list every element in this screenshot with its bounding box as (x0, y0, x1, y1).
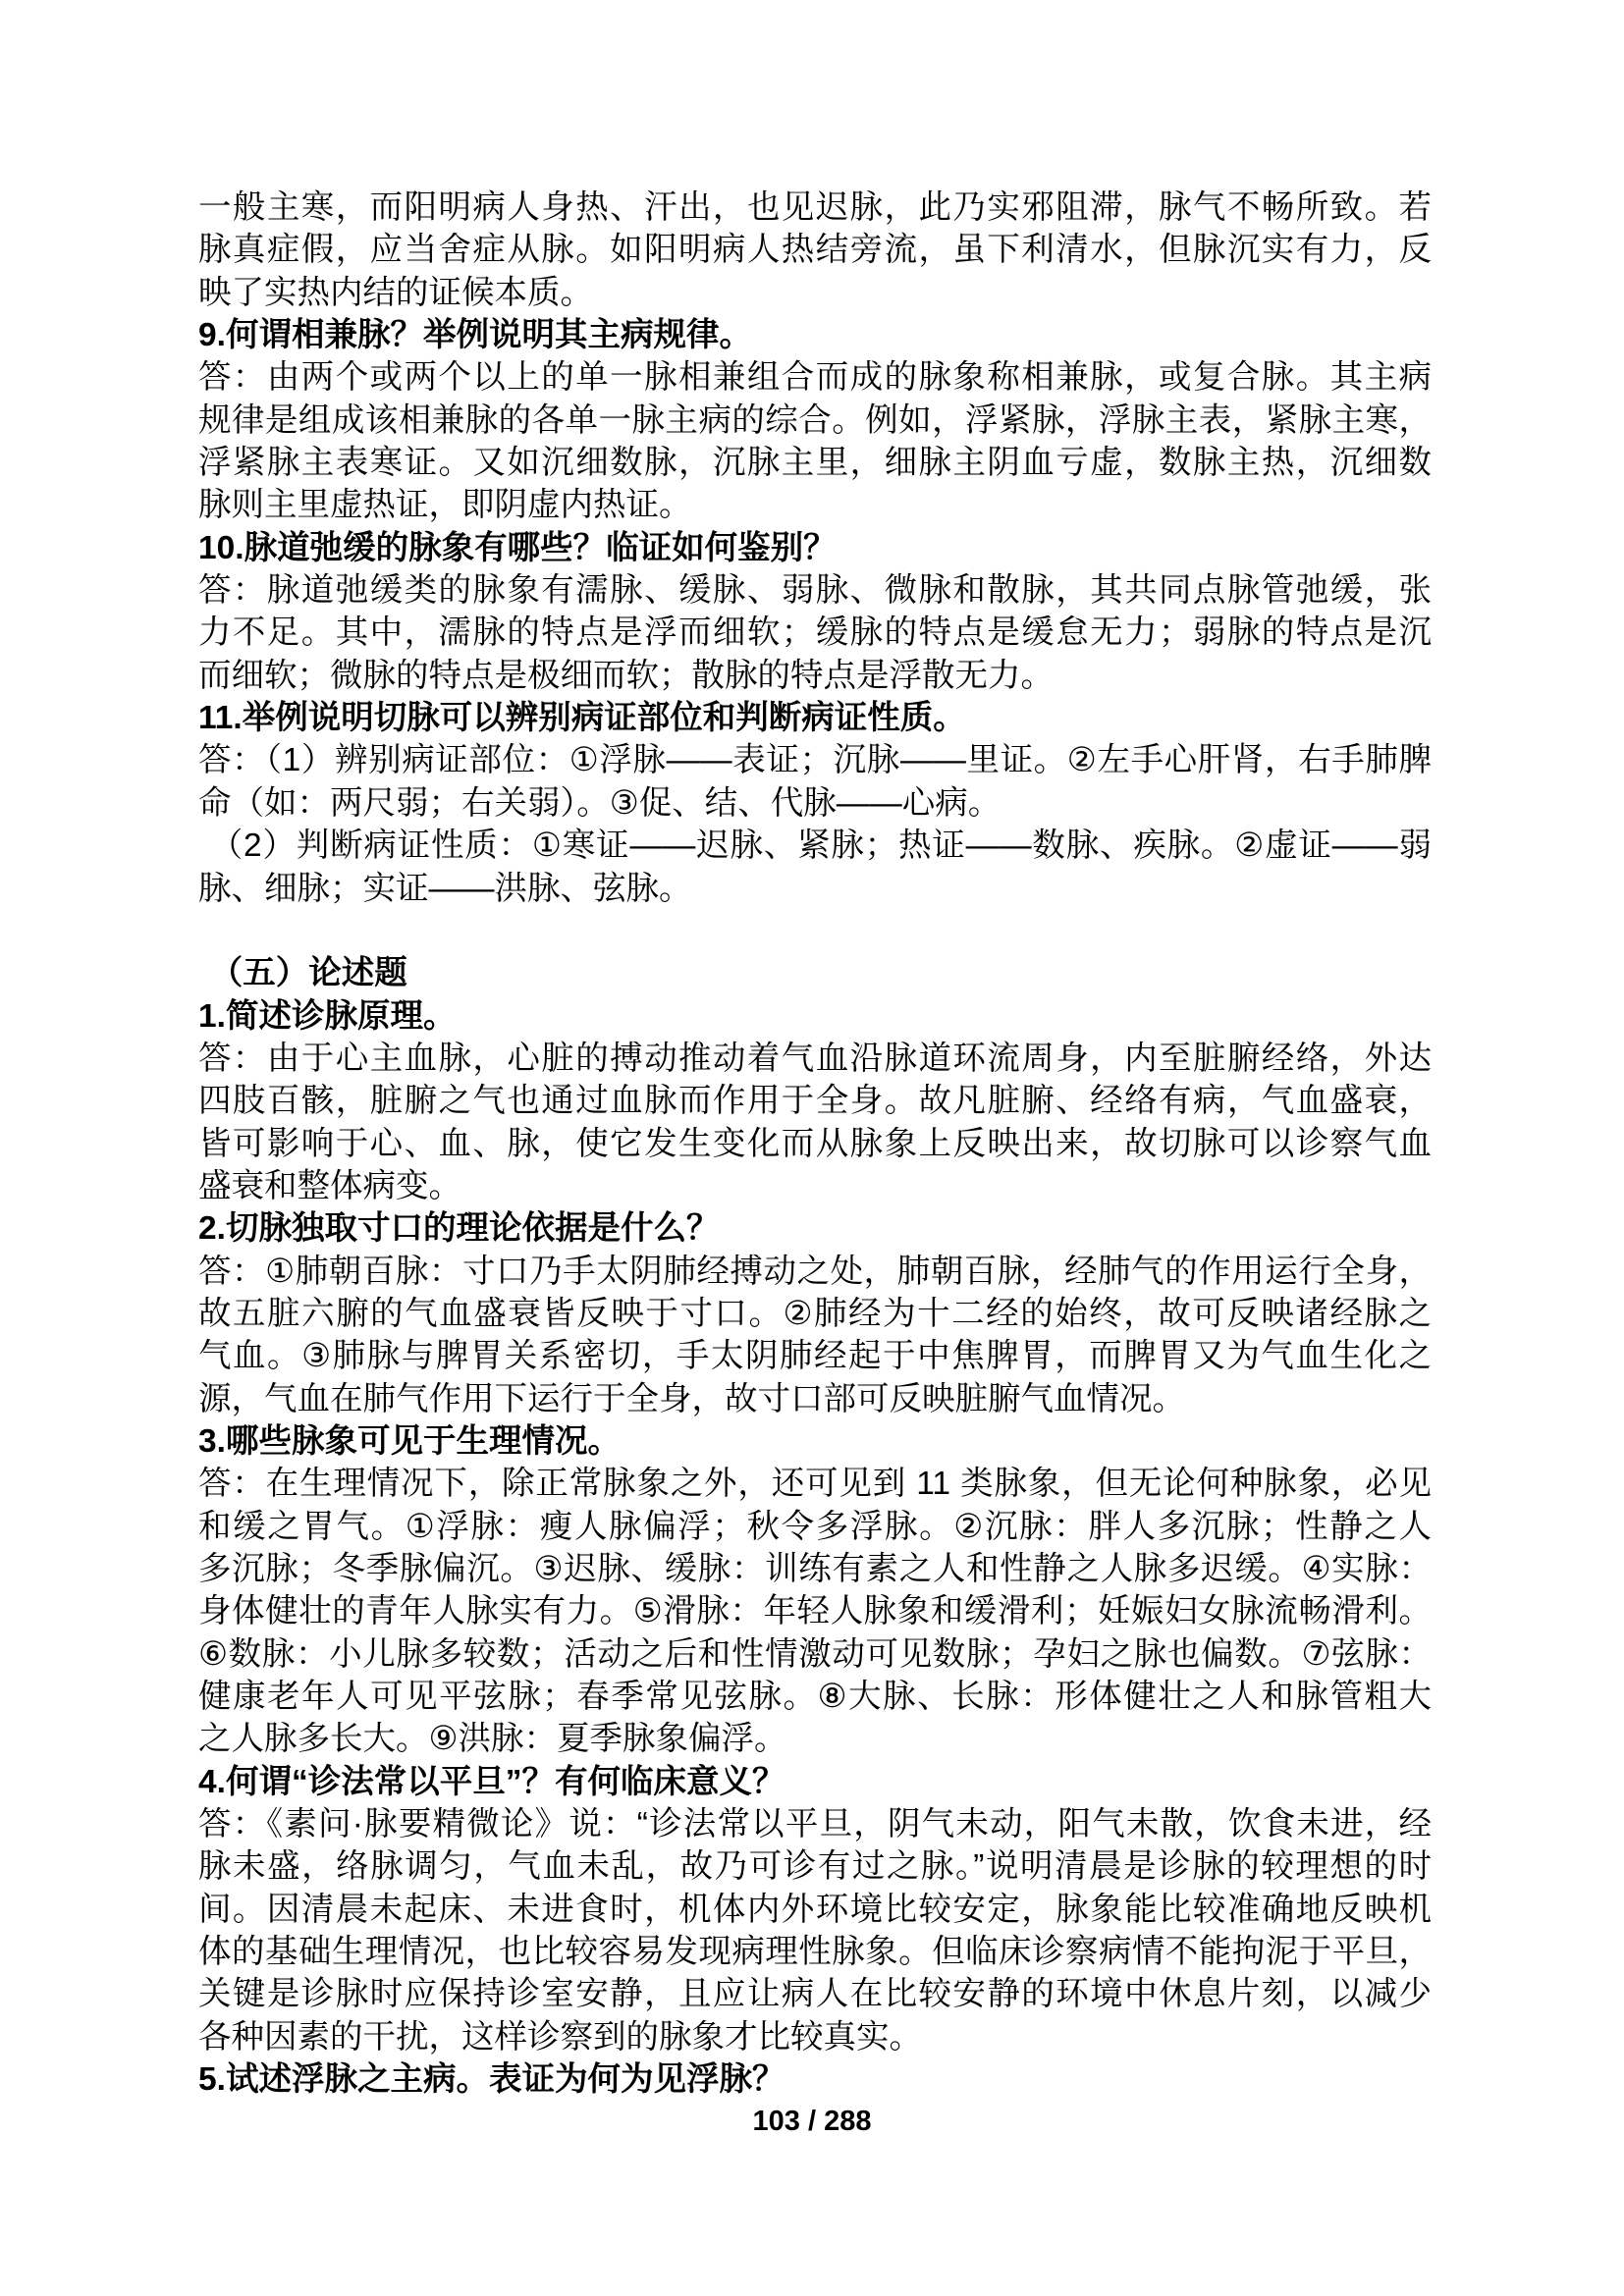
text-line: ⑥数脉：小儿脉多较数；活动之后和性情激动可见数脉；孕妇之脉也偏数。⑦弦脉： (198, 1633, 1432, 1676)
text-line: 力不足。其中，濡脉的特点是浮而细软；缓脉的特点是缓怠无力；弱脉的特点是沉 (198, 612, 1432, 654)
text-line: 体的基础生理情况，也比较容易发现病理性脉象。但临床诊察病情不能拘泥于平旦， (198, 1931, 1432, 1973)
text-line: 答：《素问·脉要精微论》说：“诊法常以平旦，阴气未动，阳气未散，饮食未进，经 (198, 1803, 1432, 1845)
text-line: 映了实热内结的证候本质。 (198, 272, 1432, 314)
text-line: 四肢百骸，脏腑之气也通过血脉而作用于全身。故凡脏腑、经络有病，气血盛衰， (198, 1080, 1432, 1122)
page-number: 103 / 288 (0, 2101, 1624, 2143)
question-heading: 4.何谓“诊法常以平旦”？有何临床意义？ (198, 1761, 1432, 1803)
question-heading: 3.哪些脉象可见于生理情况。 (198, 1420, 1432, 1463)
text-line: 多沉脉；冬季脉偏沉。③迟脉、缓脉：训练有素之人和性静之人脉多迟缓。④实脉： (198, 1548, 1432, 1590)
text-line: 故五脏六腑的气血盛衰皆反映于寸口。②肺经为十二经的始终，故可反映诸经脉之 (198, 1293, 1432, 1335)
text-line: 间。因清晨未起床、未进食时，机体内外环境比较安定，脉象能比较准确地反映机 (198, 1889, 1432, 1931)
text-line: 规律是组成该相兼脉的各单一脉主病的综合。例如，浮紧脉，浮脉主表，紧脉主寒， (198, 400, 1432, 442)
text-line: 一般主寒，而阳明病人身热、汗出，也见迟脉，此乃实邪阻滞，脉气不畅所致。若 (198, 187, 1432, 229)
question-heading: （五）论述题 (198, 952, 1432, 994)
text-line: 脉、细脉；实证——洪脉、弦脉。 (198, 868, 1432, 910)
question-heading: 2.切脉独取寸口的理论依据是什么？ (198, 1207, 1432, 1250)
text-line: 各种因素的干扰，这样诊察到的脉象才比较真实。 (198, 2016, 1432, 2058)
question-heading: 5.试述浮脉之主病。表证为何为见浮脉？ (198, 2058, 1432, 2101)
text-line: 源，气血在肺气作用下运行于全身，故寸口部可反映脏腑气血情况。 (198, 1378, 1432, 1420)
text-line: 脉则主里虚热证，即阴虚内热证。 (198, 484, 1432, 526)
question-heading: 10.脉道弛缓的脉象有哪些？临证如何鉴别？ (198, 527, 1432, 569)
question-heading: 11.举例说明切脉可以辨别病证部位和判断病证性质。 (198, 697, 1432, 739)
text-line: 答：由于心主血脉，心脏的搏动推动着气血沿脉道环流周身，内至脏腑经络，外达 (198, 1038, 1432, 1080)
document-content: 一般主寒，而阳明病人身热、汗出，也见迟脉，此乃实邪阻滞，脉气不畅所致。若脉真症假… (198, 187, 1432, 2101)
text-line: 答：由两个或两个以上的单一脉相兼组合而成的脉象称相兼脉，或复合脉。其主病 (198, 356, 1432, 399)
text-line: 气血。③肺脉与脾胃关系密切，手太阴肺经起于中焦脾胃，而脾胃又为气血生化之 (198, 1335, 1432, 1377)
text-line: 浮紧脉主表寒证。又如沉细数脉，沉脉主里，细脉主阴血亏虚，数脉主热，沉细数 (198, 442, 1432, 484)
text-line: 答：在生理情况下，除正常脉象之外，还可见到 11 类脉象，但无论何种脉象，必见 (198, 1463, 1432, 1505)
text-line: 脉未盛，络脉调匀，气血未乱，故乃可诊有过之脉。”说明清晨是诊脉的较理想的时 (198, 1845, 1432, 1888)
text-line: 之人脉多长大。⑨洪脉：夏季脉象偏浮。 (198, 1718, 1432, 1760)
question-heading: 9.何谓相兼脉？举例说明其主病规律。 (198, 314, 1432, 356)
text-line: 关键是诊脉时应保持诊室安静，且应让病人在比较安静的环境中休息片刻，以减少 (198, 1973, 1432, 2015)
text-line: 和缓之胃气。①浮脉：瘦人脉偏浮；秋令多浮脉。②沉脉：胖人多沉脉；性静之人 (198, 1506, 1432, 1548)
text-line: 而细软；微脉的特点是极细而软；散脉的特点是浮散无力。 (198, 655, 1432, 697)
question-heading: 1.简述诊脉原理。 (198, 995, 1432, 1038)
text-line: 命（如：两尺弱；右关弱）。③促、结、代脉——心病。 (198, 782, 1432, 825)
document-page: 一般主寒，而阳明病人身热、汗出，也见迟脉，此乃实邪阻滞，脉气不畅所致。若脉真症假… (0, 0, 1624, 2296)
text-line: 健康老年人可见平弦脉；春季常见弦脉。⑧大脉、长脉：形体健壮之人和脉管粗大 (198, 1676, 1432, 1718)
text-line: 身体健壮的青年人脉实有力。⑤滑脉：年轻人脉象和缓滑利；妊娠妇女脉流畅滑利。 (198, 1590, 1432, 1632)
text-line: （2）判断病证性质：①寒证——迟脉、紧脉；热证——数脉、疾脉。②虚证——弱 (198, 825, 1432, 867)
text-line: 皆可影响于心、血、脉，使它发生变化而从脉象上反映出来，故切脉可以诊察气血 (198, 1123, 1432, 1165)
text-line: 答：（1）辨别病证部位：①浮脉——表证；沉脉——里证。②左手心肝肾，右手肺脾 (198, 739, 1432, 781)
paragraph-spacer (198, 910, 1432, 952)
text-line: 答：①肺朝百脉：寸口乃手太阴肺经搏动之处，肺朝百脉，经肺气的作用运行全身， (198, 1251, 1432, 1293)
text-line: 盛衰和整体病变。 (198, 1165, 1432, 1207)
text-line: 脉真症假，应当舍症从脉。如阳明病人热结旁流，虽下利清水，但脉沉实有力，反 (198, 229, 1432, 271)
text-line: 答：脉道弛缓类的脉象有濡脉、缓脉、弱脉、微脉和散脉，其共同点脉管弛缓，张 (198, 569, 1432, 612)
